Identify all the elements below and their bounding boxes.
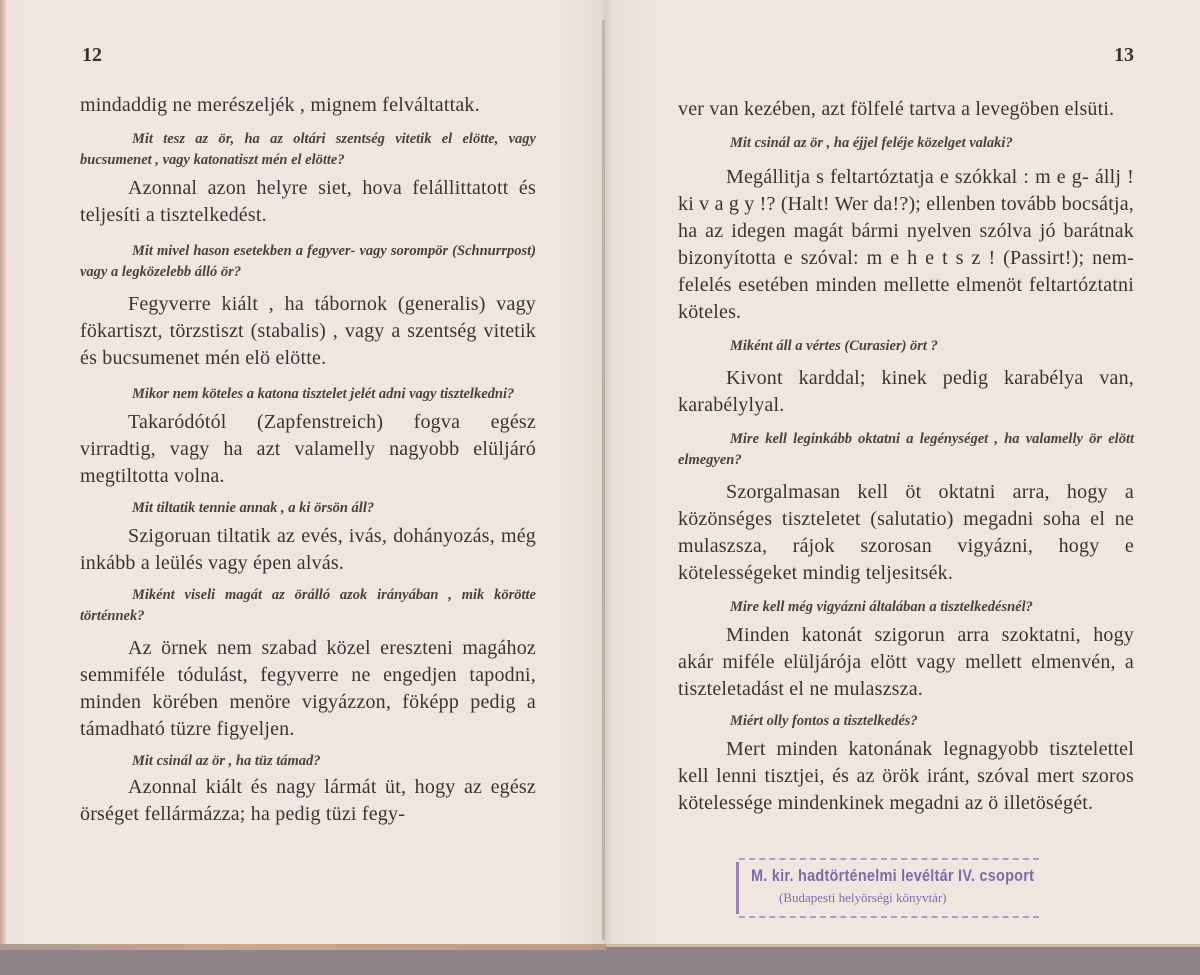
- paragraph: Takaródótól (Zapfenstreich) fogva egész …: [80, 409, 536, 490]
- stamp-line-2: (Budapesti helyörségi könyvtár): [779, 890, 947, 906]
- paragraph: Szorgalmasan kell öt oktatni arra, hogy …: [678, 479, 1134, 587]
- book-gutter: [602, 20, 605, 940]
- right-page: 13 ver van kezében, azt fölfelé tartva a…: [678, 0, 1134, 946]
- question-heading: Mire kell még vigyázni általában a tiszt…: [678, 597, 1134, 618]
- question-heading: Mit mivel hason esetekben a fegyver- vag…: [80, 241, 536, 283]
- left-page-text: mindaddig ne merészeljék , mignem felvál…: [80, 92, 536, 828]
- question-heading: Mit csinál az ör , ha éjjel feléje közel…: [678, 133, 1134, 154]
- paragraph: Azonnal kiált és nagy lármát üt, hogy az…: [80, 774, 536, 828]
- question-heading: Miként viseli magát az örálló azok irány…: [80, 585, 536, 627]
- library-stamp: M. kir. hadtörténelmi levéltár IV. csopo…: [736, 862, 1039, 914]
- paragraph: Kivont karddal; kinek pedig karabélya va…: [678, 365, 1134, 419]
- question-heading: Mire kell leginkább oktatni a legénysége…: [678, 429, 1134, 471]
- page-edge-bottom-right: [606, 944, 1200, 947]
- page-edge-bottom-left: [0, 944, 606, 950]
- question-heading: Mikor nem köteles a katona tisztelet jel…: [80, 384, 536, 405]
- book-spread: 12 mindaddig ne merészeljék , mignem fel…: [0, 0, 1200, 946]
- paragraph: mindaddig ne merészeljék , mignem felvál…: [80, 92, 536, 119]
- question-heading: Mit tesz az ör, ha az oltári szentség vi…: [80, 129, 536, 171]
- paragraph: Mert minden katonának legnagyobb tisztel…: [678, 736, 1134, 817]
- paragraph: Az örnek nem szabad közel ereszteni magá…: [80, 635, 536, 743]
- left-page: 12 mindaddig ne merészeljék , mignem fel…: [80, 0, 536, 946]
- paragraph: Minden katonát szigorun arra szoktatni, …: [678, 622, 1134, 703]
- question-heading: Miként áll a vértes (Curasier) ört ?: [678, 336, 1134, 357]
- paragraph: Szigoruan tiltatik az evés, ivás, dohány…: [80, 523, 536, 577]
- paragraph: Megállitja s feltartóztatja e szókkal : …: [678, 164, 1134, 326]
- page-number-right: 13: [1114, 44, 1134, 67]
- paragraph: ver van kezében, azt fölfelé tartva a le…: [678, 96, 1134, 123]
- paragraph: Fegyverre kiált , ha tábornok (generalis…: [80, 291, 536, 372]
- question-heading: Mit csinál az ör , ha tüz támad?: [80, 751, 536, 772]
- paragraph: Azonnal azon helyre siet, hova felállitt…: [80, 175, 536, 229]
- stamp-line-1: M. kir. hadtörténelmi levéltár IV. csopo…: [751, 866, 1034, 886]
- question-heading: Miért olly fontos a tisztelkedés?: [678, 711, 1134, 732]
- page-edge-left: [0, 0, 6, 946]
- right-page-text: ver van kezében, azt fölfelé tartva a le…: [678, 96, 1134, 817]
- page-number-left: 12: [82, 44, 102, 67]
- question-heading: Mit tiltatik tennie annak , a ki örsön á…: [80, 498, 536, 519]
